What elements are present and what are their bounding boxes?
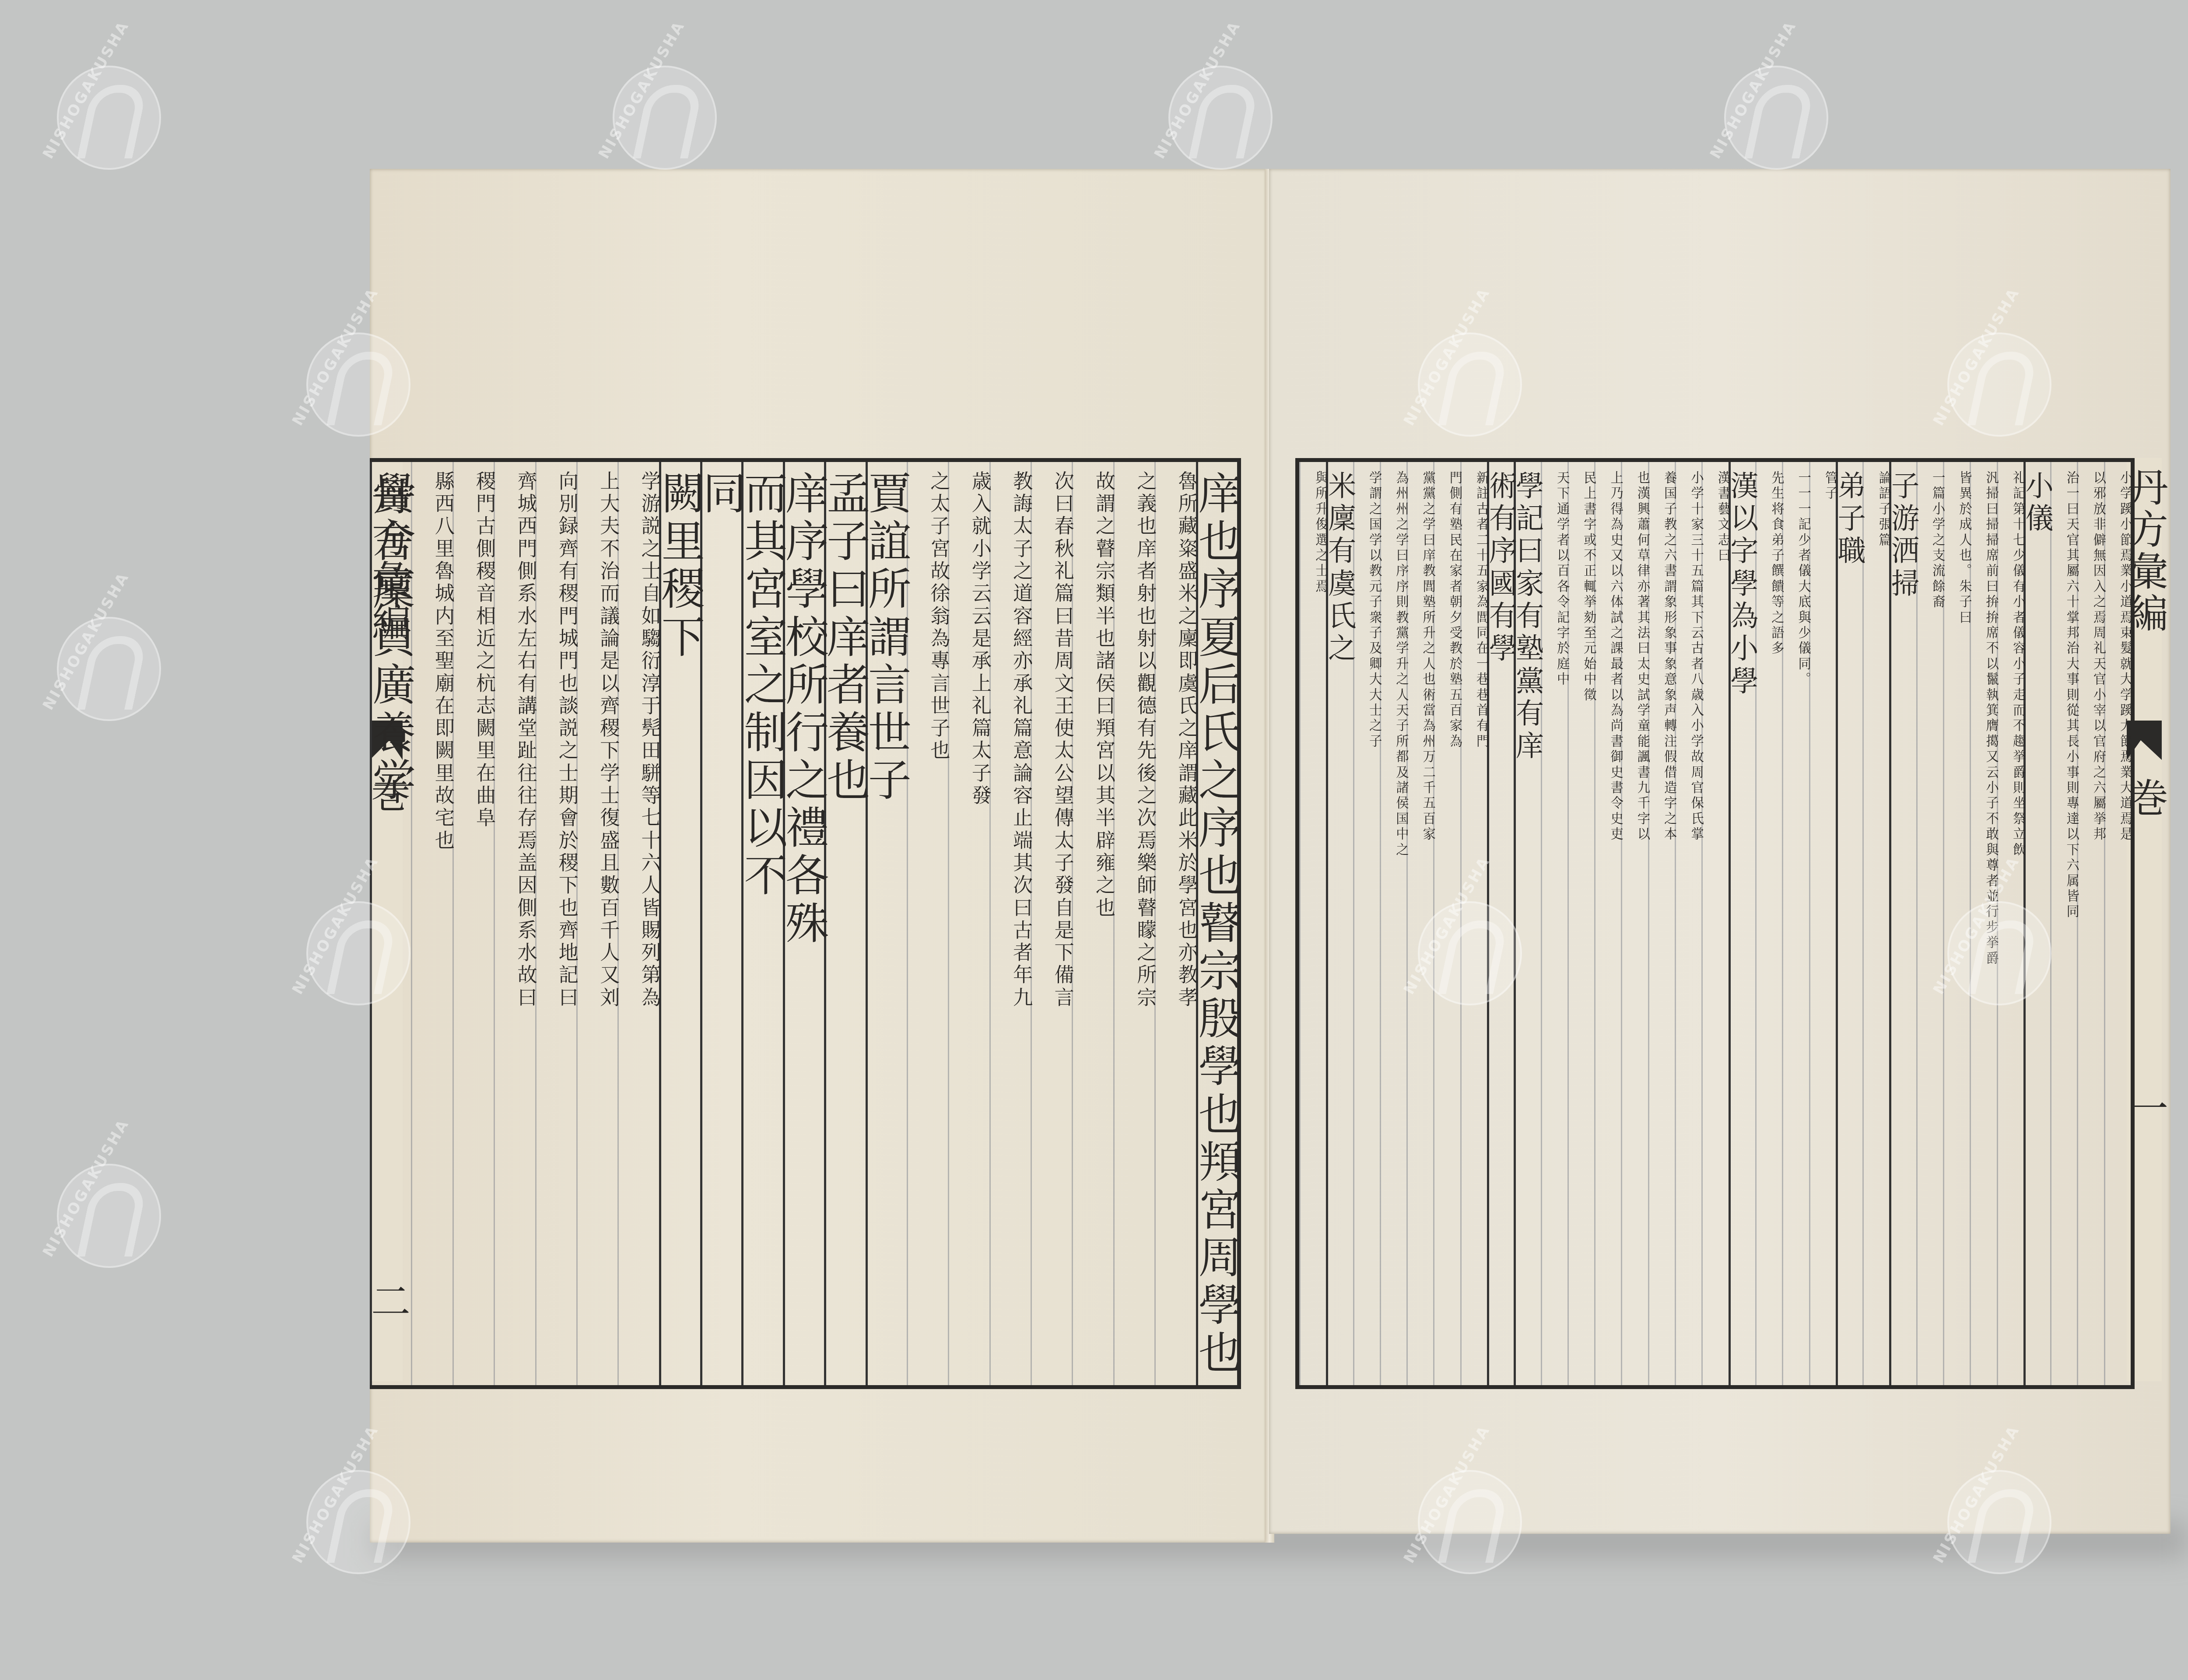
commentary-text-column: 也漢興蕭何草律亦著其法曰太史試学童能諷書九千字以 <box>1619 471 1650 1372</box>
commentary-text-column: 小学蹊小節焉業小道焉束髮就大学蹊大節焉業大道焉是 <box>2102 471 2133 1372</box>
commentary-text-column: 魯所藏粢盛米之廩即虞氏之庠謂藏此米於學宮也亦教孝 <box>1153 471 1198 1372</box>
main-text-column: 庠序學校所行之禮各殊 <box>782 471 825 948</box>
commentary-text-column: 之太子宮故徐翁為專言世子也 <box>905 471 950 1372</box>
main-text-column: 庠也序夏后氏之序也瞽宗殷學也頖宮周學也 <box>1195 471 1238 1378</box>
main-text-column: 術有序國有學 <box>1487 471 1515 666</box>
left-page-frame: 庠也序夏后氏之序也瞽宗殷學也頖宮周學也魯所藏粢盛米之廩即虞氏之庠謂藏此米於學宮也… <box>370 458 1241 1389</box>
commentary-text-column: 稷門古側稷音相近之杭志闕里在曲阜 <box>451 471 496 1372</box>
commentary-text-column: 学游説之士自如騶衍淳于髡田駢等七十六人皆賜列第為 <box>616 471 661 1372</box>
commentary-text-column: 與所升俊選之士焉 <box>1297 471 1328 1372</box>
commentary-text-column: 治一曰天官其屬六十掌邦治大事則從其長小事則專達以下六属皆同 <box>2048 471 2079 1372</box>
main-text-column: 小儀 <box>2023 471 2051 536</box>
commentary-text-column: 向別録齊有稷門城門也談説之士期會於稷下也齊地記曰 <box>533 471 578 1372</box>
commentary-text-column: 一篇小学之支流餘裔 <box>1914 471 1945 1372</box>
commentary-text-column: 歳入就小学云云是承上礼篇太子發 <box>946 471 991 1372</box>
commentary-text-column: 一一一記少者儀大底與少儀同。 <box>1780 471 1811 1372</box>
commentary-text-column: 管子 <box>1807 471 1838 1372</box>
commentary-text-column: 民上書字或不正輒挙劾至元始中徵 <box>1565 471 1596 1372</box>
main-text-column: 米廩有虞氏之 <box>1325 471 1353 666</box>
main-text-column: 黌舍廩員廣養学 <box>370 471 412 805</box>
main-text-column: 弟子職 <box>1835 471 1863 568</box>
commentary-text-column: 縣西八里魯城内至聖廟在即闕里故宅也 <box>409 471 454 1372</box>
main-text-column: 賈誼所謂言世子 <box>864 471 908 805</box>
main-text-column: 學記曰家有塾黨有庠 <box>1513 471 1541 763</box>
commentary-text-column: 漢書藝文志曰 <box>1700 471 1731 1372</box>
main-text-column: 子游洒掃 <box>1889 471 1917 601</box>
main-text-column: 同 <box>699 471 743 518</box>
commentary-text-column: 小学十家三十五篇其下云古者八歳入小学故周官保氏掌 <box>1673 471 1704 1372</box>
commentary-text-column: 上大夫不治而議論是以齊稷下学士復盛且數百千人又刘 <box>575 471 620 1372</box>
main-text-column: 闕里稷下 <box>658 471 701 661</box>
commentary-text-column: 為州州之学曰序序則教黨学升之人天子所都及諸侯国中之 <box>1378 471 1409 1372</box>
commentary-text-column: 齊城西門側系水左右有講堂趾往往存焉盖因側系水故曰 <box>492 471 537 1372</box>
commentary-text-column: 之義也庠者射也射以觀德有先後之次焉樂師瞽矇之所宗 <box>1112 471 1157 1372</box>
commentary-text-column: 故謂之瞽宗類半也諸侯曰頖宮以其半辟雍之也 <box>1070 471 1115 1372</box>
commentary-text-column: 教誨太子之道容經亦承礼篇意論容止端其次曰古者年九 <box>988 471 1033 1372</box>
main-text-column: 漢以字學為小學 <box>1728 471 1756 698</box>
commentary-text-column: 養国子教之六書謂象形象事象意象声轉注假借造字之本 <box>1646 471 1677 1372</box>
commentary-text-column: 上乃得為史又以六体試之課最者以為尚書御史書令史吏 <box>1592 471 1623 1372</box>
commentary-text-column: 論語子張篇 <box>1860 471 1891 1372</box>
commentary-text-column: 以邪放非僻無因入之焉周礼天官小宰以官府之六屬挙邦 <box>2075 471 2106 1372</box>
main-text-column: 而其宮室之制因以不 <box>740 471 784 900</box>
main-text-column: 孟子曰庠者養也 <box>823 471 866 805</box>
commentary-text-column: 次曰春秋礼篇曰昔周文王使太公望傳太子發自是下備言 <box>1029 471 1074 1372</box>
